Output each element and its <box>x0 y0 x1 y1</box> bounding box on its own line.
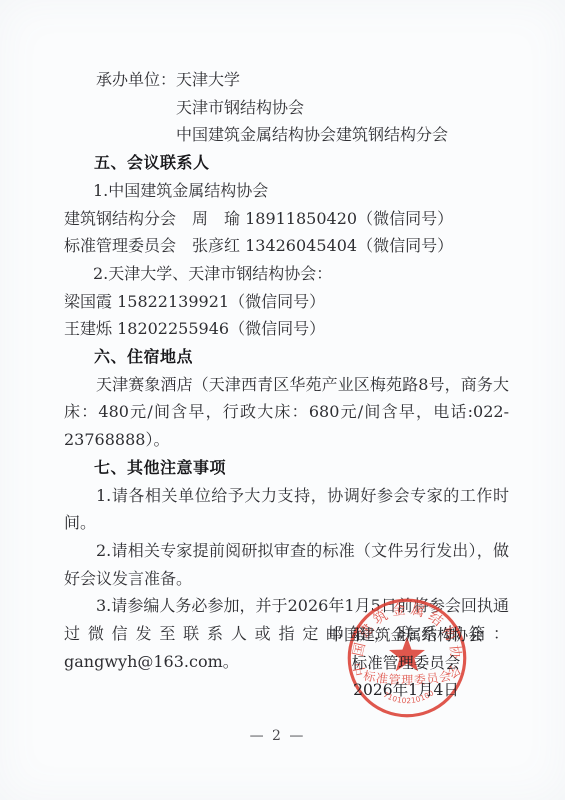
section-heading-accommodation: 六、住宿地点 <box>64 343 509 371</box>
organizer-label: 承办单位： <box>64 66 176 149</box>
organizer-item: 天津市钢结构协会 <box>176 94 448 122</box>
signature-date: 2026年1月4日 <box>293 677 519 705</box>
notes-paragraph: 1.请各相关单位给予大力支持，协调好参会专家的工作时间。 <box>64 482 509 537</box>
organizer-item: 天津大学 <box>176 66 448 94</box>
organizer-list: 天津大学 天津市钢结构协会 中国建筑金属结构协会建筑钢结构分会 <box>176 66 448 149</box>
contacts-line: 建筑钢结构分会 周 瑜 18911850420（微信同号） <box>64 205 509 233</box>
contacts-line: 梁国霞 15822139921（微信同号） <box>64 288 509 316</box>
section-heading-notes: 七、其他注意事项 <box>64 454 509 482</box>
page-number: — 2 — <box>0 728 555 744</box>
organizer-item: 中国建筑金属结构协会建筑钢结构分会 <box>176 121 448 149</box>
notes-paragraph: 2.请相关专家提前阅研拟审查的标准（文件另行发出），做好会议发言准备。 <box>64 537 509 592</box>
organizer-row: 承办单位： 天津大学 天津市钢结构协会 中国建筑金属结构协会建筑钢结构分会 <box>64 66 509 149</box>
signature-org: 中国建筑金属结构协会 <box>293 622 519 650</box>
document-body: 承办单位： 天津大学 天津市钢结构协会 中国建筑金属结构协会建筑钢结构分会 五、… <box>64 66 509 675</box>
contacts-line: 1.中国建筑金属结构协会 <box>64 177 509 205</box>
signature-block: 中国建筑金属结构协会 标准管理委员会 2026年1月4日 <box>293 622 519 705</box>
contacts-line: 王建烁 18202255946（微信同号） <box>64 315 509 343</box>
contacts-line: 标准管理委员会 张彦红 13426045404（微信同号） <box>64 232 509 260</box>
section-heading-contacts: 五、会议联系人 <box>64 149 509 177</box>
accommodation-paragraph: 天津赛象酒店（天津西青区华苑产业区梅苑路8号，商务大床：480元/间含早，行政大… <box>64 371 509 454</box>
contacts-line: 2.天津大学、天津市钢结构协会： <box>64 260 509 288</box>
signature-dept: 标准管理委员会 <box>293 650 519 678</box>
document-page: 承办单位： 天津大学 天津市钢结构协会 中国建筑金属结构协会建筑钢结构分会 五、… <box>0 0 565 800</box>
